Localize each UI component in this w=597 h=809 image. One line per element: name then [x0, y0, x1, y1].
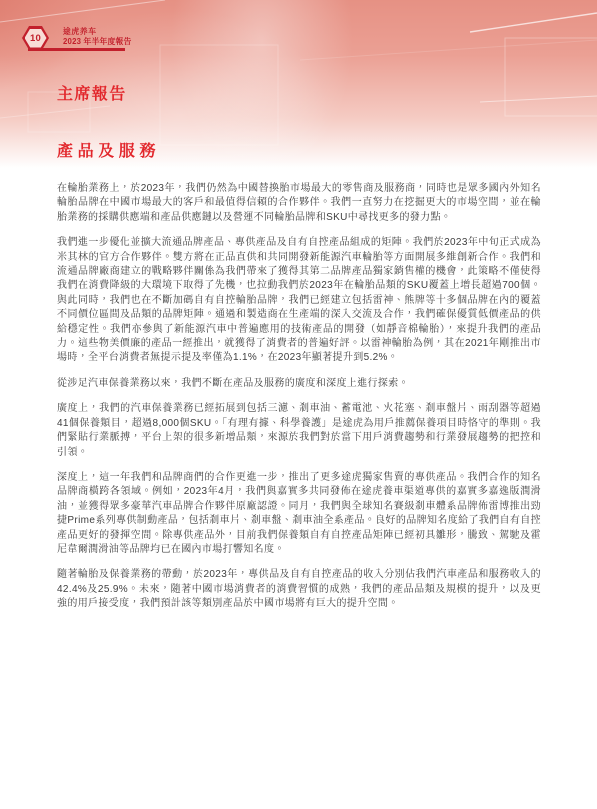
brand-block: 途虎养车 2023 年半年度報告	[63, 27, 132, 46]
page-number: 10	[30, 33, 41, 44]
subsection-heading: 產品及服務	[57, 138, 541, 161]
section-title: 主席報告	[57, 81, 127, 104]
report-title: 2023 年半年度報告	[63, 37, 132, 46]
paragraph-maintenance-intro: 從涉足汽車保養業務以來，我們不斷在產品及服務的廣度和深度上進行探索。	[57, 377, 541, 391]
paragraph-brand-matrix: 我們進一步優化並擴大流通品牌產品、專供產品及自有自控產品組成的矩陣。我們於202…	[57, 236, 541, 366]
paragraph-depth: 深度上，這一年我們和品牌商們的合作更進一步，推出了更多途虎獨家售賣的專供產品。我…	[57, 471, 541, 557]
paragraph-breadth: 廣度上，我們的汽車保養業務已經拓展到包括三濾、剎車油、蓄電池、火花塞、剎車盤片、…	[57, 402, 541, 460]
main-content: 產品及服務 在輪胎業務上，於2023年，我們仍然為中國替換胎市場最大的零售商及服…	[57, 138, 541, 612]
paragraph-tire-business: 在輪胎業務上，於2023年，我們仍然為中國替換胎市場最大的零售商及服務商，同時也…	[57, 182, 541, 225]
paragraph-revenue-share: 隨著輪胎及保養業務的帶動，於2023年，專供品及自有自控產品的收入分別佔我們汽車…	[57, 568, 541, 611]
report-page: 10 途虎养车 2023 年半年度報告 主席報告 產品及服務 在輪胎業務上，於2…	[0, 0, 597, 809]
brand-name: 途虎养车	[63, 27, 132, 37]
page-number-badge: 10	[22, 26, 49, 50]
